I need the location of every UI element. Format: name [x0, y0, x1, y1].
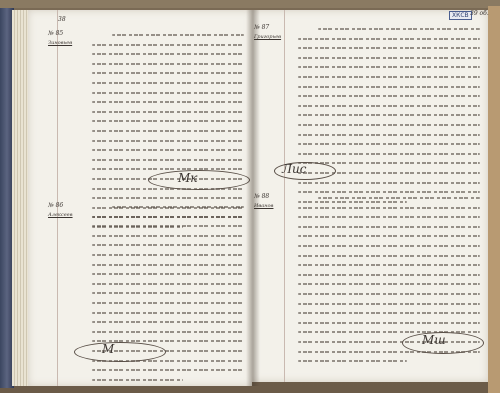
entry-number: № 86	[48, 202, 63, 209]
entry-name-note: Алексеев	[48, 212, 73, 218]
signature: Мш	[422, 333, 446, 347]
folio-number-right: 39 об.	[470, 10, 489, 17]
signature-flourish	[74, 342, 166, 362]
signature-flourish	[148, 170, 250, 190]
margin-rule	[284, 10, 285, 382]
signature: М	[102, 342, 114, 356]
signature: Мк	[178, 171, 197, 185]
book-gutter	[246, 10, 260, 386]
margin-rule	[57, 10, 58, 386]
cover-top-edge	[0, 0, 500, 8]
folio-number-left: 38	[58, 16, 66, 23]
right-cover-edge	[488, 6, 500, 393]
archive-stamp: ХКСВ	[449, 11, 472, 20]
signature: Лис	[282, 162, 306, 176]
left-page: 38 № 85 Зиновьев Мк № 86 Алексеев М	[28, 10, 252, 386]
right-page: № 87 Григорьев Лис № 88 Иванов Мш	[252, 10, 488, 382]
register-entry-87: № 87 Григорьев	[298, 24, 480, 206]
entry-name-note: Зиновьев	[48, 40, 72, 46]
entry-number: № 85	[48, 30, 63, 37]
